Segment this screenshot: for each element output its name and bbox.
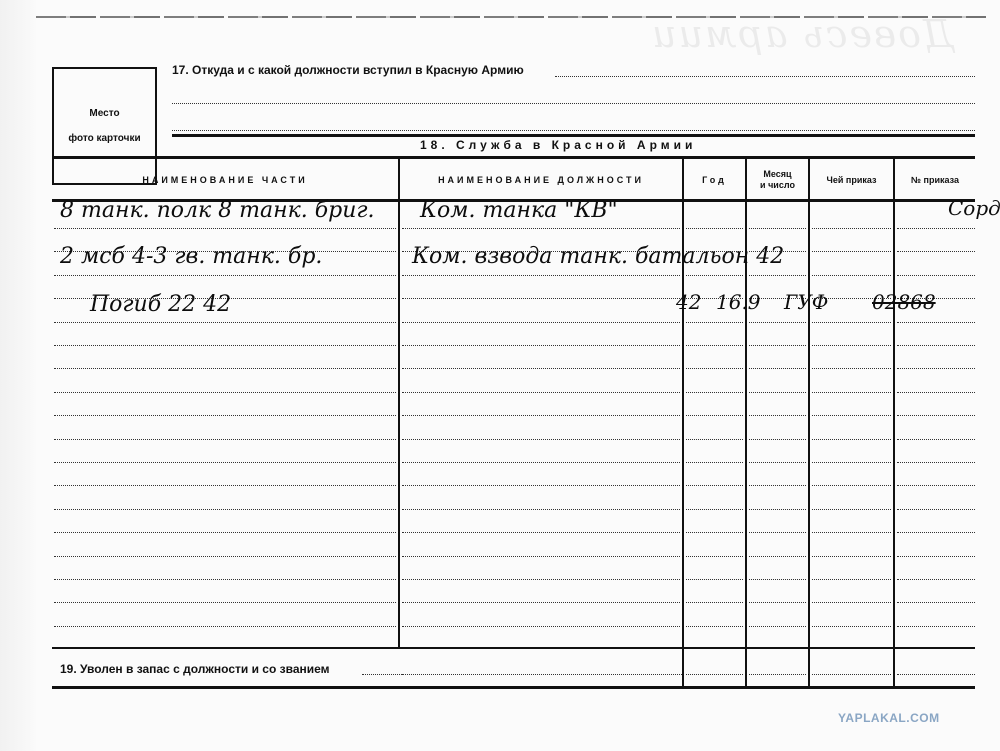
page-margin-shadow bbox=[0, 0, 36, 751]
table-row-line bbox=[402, 322, 680, 323]
table-row-line bbox=[749, 439, 806, 440]
table-row-line bbox=[812, 368, 891, 369]
table-row-line bbox=[812, 509, 891, 510]
table-row-line bbox=[812, 322, 891, 323]
section-19-fill-line[interactable] bbox=[362, 674, 682, 675]
table-row-line bbox=[686, 626, 743, 627]
table-row-line bbox=[897, 626, 975, 627]
table-row-2-position[interactable]: Ком. взвода танк. батальон 42 bbox=[412, 244, 784, 269]
table-row-line bbox=[686, 439, 743, 440]
table-row-line bbox=[402, 368, 680, 369]
table-row-line bbox=[812, 579, 891, 580]
table-row-line bbox=[54, 439, 396, 440]
table-row-line bbox=[402, 392, 680, 393]
table-row-line bbox=[897, 368, 975, 369]
table-row-line bbox=[54, 556, 396, 557]
table-row-line bbox=[686, 462, 743, 463]
table-row-line bbox=[812, 275, 891, 276]
table-row-line bbox=[402, 345, 680, 346]
table-row-line bbox=[54, 602, 396, 603]
table-row-line bbox=[54, 415, 396, 416]
watermark: YAPLAKAL.COM bbox=[838, 711, 940, 725]
table-row-line bbox=[897, 228, 975, 229]
divider-year-month bbox=[745, 158, 747, 686]
table-row-line bbox=[686, 556, 743, 557]
divider-unit-position bbox=[398, 158, 400, 648]
table-row-line bbox=[54, 392, 396, 393]
table-row-line bbox=[897, 345, 975, 346]
table-row-line bbox=[686, 674, 743, 675]
table-row-1-unit[interactable]: 8 танк. полк 8 танк. бриг. bbox=[60, 198, 375, 223]
table-row-line bbox=[402, 298, 680, 299]
table-row-line bbox=[54, 275, 396, 276]
table-row-line bbox=[686, 532, 743, 533]
table-row-line bbox=[402, 228, 680, 229]
section-17-fill-line-2[interactable] bbox=[172, 103, 975, 104]
table-row-line bbox=[897, 674, 975, 675]
table-row-line bbox=[897, 415, 975, 416]
section-17-fill-line-3[interactable] bbox=[172, 130, 975, 131]
section-19-label: 19. Уволен в запас с должности и со зван… bbox=[60, 662, 330, 676]
table-row-line bbox=[749, 228, 806, 229]
table-row-3-year[interactable]: 42 bbox=[676, 290, 701, 314]
col-header-position: НАИМЕНОВАНИЕ ДОЛЖНОСТИ bbox=[400, 160, 682, 200]
table-row-line bbox=[897, 322, 975, 323]
table-row-line bbox=[686, 509, 743, 510]
table-row-line bbox=[812, 228, 891, 229]
divider-position-year bbox=[682, 158, 684, 686]
table-row-line bbox=[402, 602, 680, 603]
table-row-line bbox=[686, 579, 743, 580]
table-row-line bbox=[897, 602, 975, 603]
section-19-top-rule bbox=[52, 647, 975, 649]
table-row-line bbox=[54, 462, 396, 463]
photo-box-label-1: Место bbox=[89, 108, 119, 119]
col-header-month-day: Месяц и число bbox=[747, 160, 808, 200]
table-row-line bbox=[897, 275, 975, 276]
table-row-line bbox=[686, 392, 743, 393]
table-row-line bbox=[54, 322, 396, 323]
table-row-line bbox=[402, 415, 680, 416]
table-row-line bbox=[54, 368, 396, 369]
table-row-line bbox=[749, 415, 806, 416]
table-row-line bbox=[897, 579, 975, 580]
table-row-line bbox=[812, 532, 891, 533]
table-row-line bbox=[749, 509, 806, 510]
table-row-line bbox=[402, 556, 680, 557]
col-header-year: Год bbox=[684, 160, 745, 200]
divider-orderby-orderno bbox=[893, 158, 895, 686]
table-row-line bbox=[402, 439, 680, 440]
table-row-line bbox=[749, 602, 806, 603]
table-row-line bbox=[686, 345, 743, 346]
table-row-line bbox=[812, 439, 891, 440]
table-row-line bbox=[749, 368, 806, 369]
table-row-line bbox=[897, 392, 975, 393]
table-row-line bbox=[402, 579, 680, 580]
table-row-line bbox=[897, 439, 975, 440]
col-header-month-line2: и число bbox=[760, 180, 795, 191]
table-row-line bbox=[749, 345, 806, 346]
section-18-title: 18. Служба в Красной Армии bbox=[420, 138, 696, 152]
table-row-line bbox=[402, 275, 680, 276]
table-row-line bbox=[812, 415, 891, 416]
table-row-line bbox=[402, 532, 680, 533]
table-row-line bbox=[812, 556, 891, 557]
photo-box-label-2: фото карточки bbox=[68, 133, 140, 144]
col-header-order-no: № приказа bbox=[895, 160, 975, 200]
table-row-line bbox=[897, 532, 975, 533]
table-row-1-order-no[interactable]: Сорд bbox=[948, 196, 1000, 220]
table-row-line bbox=[402, 485, 680, 486]
table-row-line bbox=[686, 275, 743, 276]
table-row-3-order-by[interactable]: ГУФ bbox=[784, 290, 828, 314]
table-row-line bbox=[812, 485, 891, 486]
table-row-line bbox=[897, 485, 975, 486]
table-row-line bbox=[402, 509, 680, 510]
table-row-line bbox=[812, 345, 891, 346]
table-row-line bbox=[749, 462, 806, 463]
table-row-line bbox=[686, 602, 743, 603]
table-row-line bbox=[686, 228, 743, 229]
table-row-line bbox=[749, 579, 806, 580]
table-row-3-unit[interactable]: Погиб 22 42 bbox=[90, 292, 231, 317]
table-row-line bbox=[749, 674, 806, 675]
table-row-line bbox=[54, 485, 396, 486]
table-row-line bbox=[402, 462, 680, 463]
section-17-label: 17. Откуда и с какой должности вступил в… bbox=[172, 63, 524, 77]
col-header-month-line1: Месяц bbox=[763, 169, 791, 180]
table-row-line bbox=[686, 485, 743, 486]
col-header-unit: НАИМЕНОВАНИЕ ЧАСТИ bbox=[52, 160, 398, 200]
table-row-line bbox=[686, 415, 743, 416]
divider-month-orderby bbox=[808, 158, 810, 686]
table-row-line bbox=[812, 602, 891, 603]
table-row-3-month-day[interactable]: 16.9 bbox=[716, 290, 761, 314]
table-row-line bbox=[749, 532, 806, 533]
section-17-fill-line-1[interactable] bbox=[555, 76, 975, 77]
table-row-line bbox=[749, 485, 806, 486]
section-19-bottom-rule bbox=[52, 686, 975, 689]
table-row-line bbox=[897, 556, 975, 557]
table-row-line bbox=[402, 626, 680, 627]
table-row-line bbox=[54, 532, 396, 533]
table-row-line bbox=[812, 392, 891, 393]
table-row-line bbox=[749, 275, 806, 276]
section-18-top-rule bbox=[172, 134, 975, 137]
table-row-line bbox=[54, 228, 396, 229]
table-row-line bbox=[812, 626, 891, 627]
table-row-2-unit[interactable]: 2 мсб 4-3 гв. танк. бр. bbox=[60, 244, 322, 269]
table-row-line bbox=[897, 251, 975, 252]
table-row-line bbox=[749, 626, 806, 627]
table-row-line bbox=[897, 509, 975, 510]
table-row-line bbox=[54, 626, 396, 627]
col-header-order-by: Чей приказ bbox=[810, 160, 893, 200]
table-row-line bbox=[686, 322, 743, 323]
table-row-1-position[interactable]: Ком. танка "КВ" bbox=[420, 198, 618, 223]
table-row-line bbox=[54, 579, 396, 580]
table-row-line bbox=[686, 368, 743, 369]
table-row-line bbox=[897, 462, 975, 463]
table-header-top-rule bbox=[52, 156, 975, 159]
table-row-line bbox=[54, 509, 396, 510]
table-row-line bbox=[812, 674, 891, 675]
table-row-line bbox=[749, 322, 806, 323]
table-row-line bbox=[749, 392, 806, 393]
bleed-through-text: Довесь армии bbox=[650, 12, 954, 56]
table-row-line bbox=[54, 345, 396, 346]
table-row-line bbox=[749, 556, 806, 557]
table-row-3-order-no[interactable]: 02868 bbox=[872, 290, 936, 314]
table-row-line bbox=[812, 251, 891, 252]
table-row-line bbox=[812, 462, 891, 463]
